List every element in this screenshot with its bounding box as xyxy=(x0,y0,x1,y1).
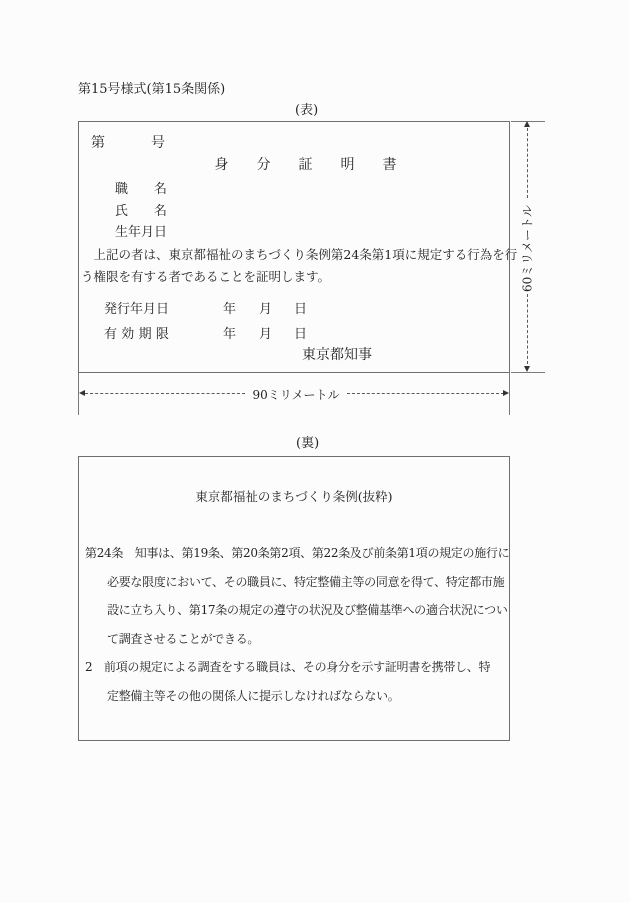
ordinance-body: 第24条 知事は、第19条、第20条第2項、第22条及び前条第1項の規定の施行に… xyxy=(79,545,509,717)
statement-line: 上記の者は、東京都福祉のまちづくり条例第24条第1項に規定する行為を行 xyxy=(81,244,517,266)
expiry-date-row: 有効期限 年 月 日 xyxy=(79,323,509,339)
certification-statement: 上記の者は、東京都福祉のまちづくり条例第24条第1項に規定する行為を行 う権限を… xyxy=(81,244,517,288)
dimension-line xyxy=(527,294,528,364)
ordinance-line: 第24条 知事は、第19条、第20条第2項、第22条及び前条第1項の規定の施行に xyxy=(79,545,509,574)
extension-line xyxy=(511,372,545,373)
dimension-arrow-down-icon xyxy=(524,366,530,372)
ordinance-title: 東京都福祉のまちづくり条例(抜粋) xyxy=(79,487,509,505)
issue-date-label: 発行年月日 xyxy=(104,298,169,317)
certificate-title: 身 分 証 明 書 xyxy=(79,154,509,174)
ordinance-line: て調査させることができる。 xyxy=(79,631,509,660)
dimension-line xyxy=(347,393,504,394)
day-unit: 日 xyxy=(294,298,307,317)
width-dimension-label: 90ミリメートル xyxy=(245,386,347,403)
dimension-line xyxy=(527,128,528,198)
month-unit: 月 xyxy=(259,323,272,342)
front-side-label: (表) xyxy=(295,99,318,118)
certificate-number-line: 第号 xyxy=(91,132,165,152)
certificate-number-suffix: 号 xyxy=(151,132,165,152)
ordinance-line: 定整備主等その他の関係人に提示しなければならない。 xyxy=(79,688,509,717)
field-name: 氏 名 xyxy=(115,200,167,219)
day-unit: 日 xyxy=(294,323,307,342)
document-page: 第15号様式(第15条関係) (表) 第号 身 分 証 明 書 職 名 氏 名 … xyxy=(0,0,630,903)
certificate-number-prefix: 第 xyxy=(91,135,105,151)
form-number-label: 第15号様式(第15条関係) xyxy=(78,78,225,97)
dimension-arrow-up-icon xyxy=(524,121,530,127)
issue-date-row: 発行年月日 年 月 日 xyxy=(79,298,509,314)
ordinance-line: 2 前項の規定による調査をする職員は、その身分を示す証明書を携帯し、特 xyxy=(79,659,509,688)
field-job-title: 職 名 xyxy=(115,178,167,197)
ordinance-line: 設に立ち入り、第17条の規定の遵守の状況及び整備基準への適合状況につい xyxy=(79,602,509,631)
extension-line xyxy=(509,373,510,415)
height-dimension-label: 60ミリメートル xyxy=(519,201,536,297)
expiry-date-label: 有効期限 xyxy=(104,323,173,342)
ordinance-line: 必要な限度において、その職員に、特定整備主等の同意を得て、特定都市施 xyxy=(79,574,509,603)
month-unit: 月 xyxy=(259,298,272,317)
dimension-arrow-right-icon xyxy=(503,390,509,396)
front-card: 第号 身 分 証 明 書 職 名 氏 名 生年月日 上記の者は、東京都福祉のまち… xyxy=(78,121,510,373)
field-birthdate: 生年月日 xyxy=(115,221,167,240)
back-side-label: (裏) xyxy=(296,432,319,451)
dimension-line xyxy=(85,393,245,394)
back-card: 東京都福祉のまちづくり条例(抜粋) 第24条 知事は、第19条、第20条第2項、… xyxy=(78,456,510,741)
year-unit: 年 xyxy=(223,298,236,317)
issuer-name: 東京都知事 xyxy=(302,344,372,364)
year-unit: 年 xyxy=(223,323,236,342)
statement-line: う権限を有する者であることを証明します。 xyxy=(81,266,517,288)
